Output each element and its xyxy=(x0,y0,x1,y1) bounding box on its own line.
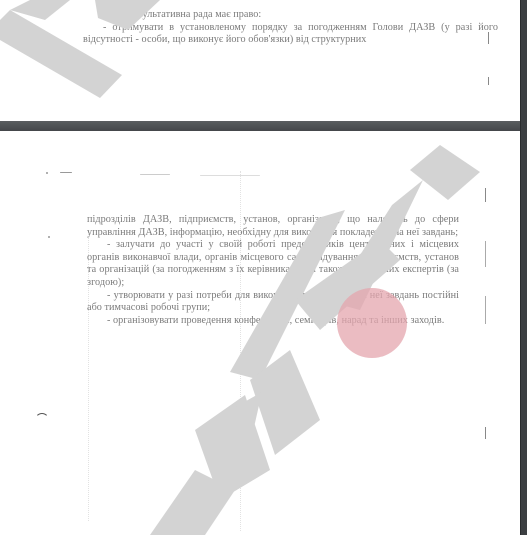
paragraph: - організовувати проведення конференцій,… xyxy=(87,315,459,328)
paragraph: - залучати до участі у своїй роботі пред… xyxy=(87,239,459,289)
scan-speck xyxy=(48,236,50,238)
margin-mark xyxy=(485,427,486,439)
margin-mark xyxy=(488,32,489,44)
document-page-1: 3.9. Консультативна рада має право: - от… xyxy=(0,0,521,121)
margin-mark xyxy=(485,296,486,324)
paragraph: - отримувати в установленому порядку за … xyxy=(83,22,498,47)
document-page-2: підрозділів ДАЗВ, підприємств, установ, … xyxy=(0,131,521,535)
page-2-text: підрозділів ДАЗВ, підприємств, установ, … xyxy=(87,214,459,327)
scan-speck xyxy=(140,174,170,175)
paragraph: підрозділів ДАЗВ, підприємств, установ, … xyxy=(87,214,459,239)
page-separator xyxy=(0,121,527,131)
scan-speck xyxy=(200,175,260,176)
margin-mark xyxy=(485,188,486,202)
margin-mark xyxy=(485,241,486,267)
scan-speck xyxy=(46,172,48,174)
margin-mark xyxy=(488,77,489,85)
document-viewer[interactable]: 3.9. Консультативна рада має право: - от… xyxy=(0,0,521,535)
page-1-text: 3.9. Консультативна рада має право: - от… xyxy=(83,9,498,47)
scrollbar[interactable] xyxy=(520,0,527,535)
paragraph: - утворювати у разі потреби для виконанн… xyxy=(87,290,459,315)
section-heading: 3.9. Консультативна рада має право: xyxy=(83,9,498,22)
scan-arc-mark xyxy=(35,413,49,427)
scan-speck xyxy=(60,172,72,173)
